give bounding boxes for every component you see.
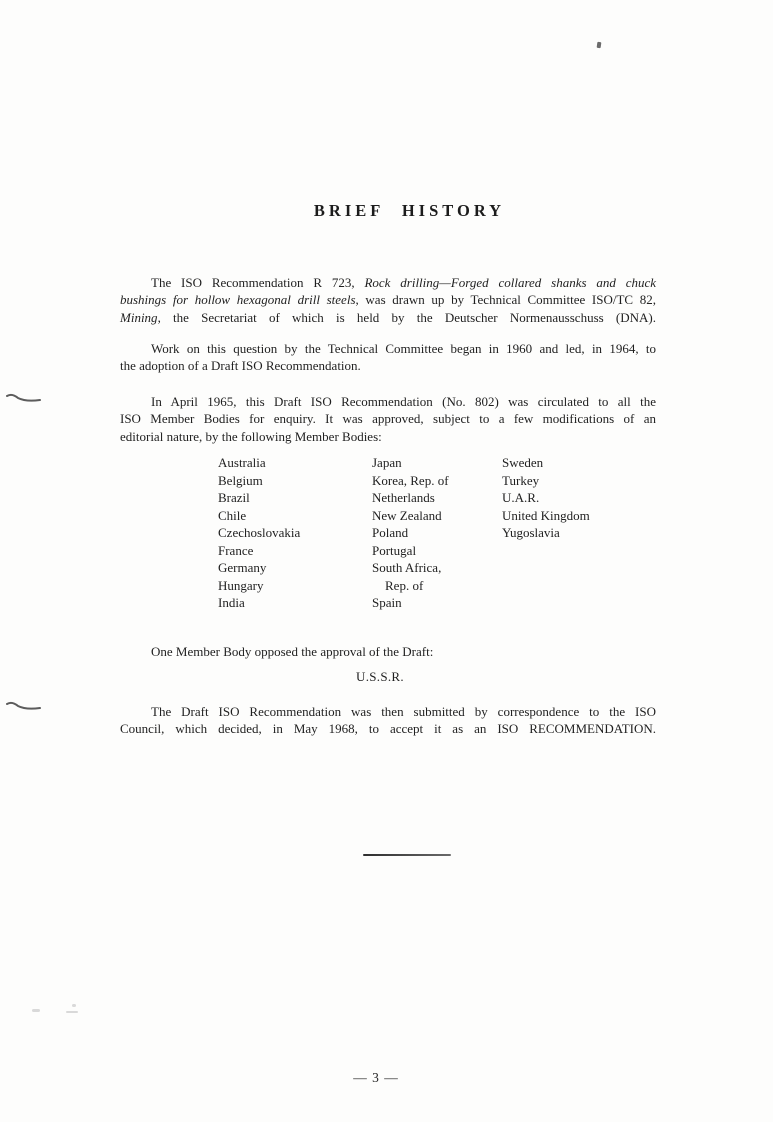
member-bodies-column-2: JapanKorea, Rep. ofNetherlandsNew Zealan… [372, 454, 502, 612]
page-title: BRIEF HISTORY [142, 201, 677, 221]
paragraph-opposition-intro: One Member Body opposed the approval of … [120, 643, 656, 660]
text-line: ISO Member Bodies for enquiry. It was ap… [120, 410, 656, 427]
member-body-item: India [218, 594, 372, 612]
member-body-item: Korea, Rep. of [372, 472, 502, 490]
member-bodies-column-1: AustraliaBelgiumBrazilChileCzechoslovaki… [218, 454, 372, 612]
text-line: bushings for hollow hexagonal drill stee… [120, 291, 656, 308]
text-line: the adoption of a Draft ISO Recommendati… [120, 357, 656, 374]
member-body-item: United Kingdom [502, 507, 672, 525]
member-body-item: Chile [218, 507, 372, 525]
margin-tick-icon [6, 391, 42, 407]
separator-line [363, 854, 451, 856]
member-body-item: Portugal [372, 542, 502, 560]
page-number: — 3 — [120, 1070, 632, 1086]
paragraph-iso-recommendation: The ISO Recommendation R 723, Rock drill… [120, 274, 656, 326]
member-body-item: Australia [218, 454, 372, 472]
text-line: The Draft ISO Recommendation was then su… [120, 703, 656, 720]
member-body-item: Poland [372, 524, 502, 542]
paragraph-council-decision: The Draft ISO Recommendation was then su… [120, 703, 656, 738]
member-body-item: France [218, 542, 372, 560]
text-line: Council, which decided, in May 1968, to … [120, 720, 656, 737]
member-body-item: Rep. of [372, 577, 502, 595]
text-line: One Member Body opposed the approval of … [120, 643, 656, 660]
member-bodies-column-3: SwedenTurkeyU.A.R.United KingdomYugoslav… [502, 454, 672, 542]
member-body-item: New Zealand [372, 507, 502, 525]
text-line: In April 1965, this Draft ISO Recommenda… [120, 393, 656, 410]
member-body-item: Yugoslavia [502, 524, 672, 542]
member-body-item: Turkey [502, 472, 672, 490]
document-page: BRIEF HISTORY The ISO Recommendation R 7… [0, 0, 773, 1122]
member-body-item: Brazil [218, 489, 372, 507]
text-line: Mining, the Secretariat of which is held… [120, 309, 656, 326]
member-body-item: Spain [372, 594, 502, 612]
member-body-item: South Africa, [372, 559, 502, 577]
member-bodies-list: AustraliaBelgiumBrazilChileCzechoslovaki… [218, 454, 672, 612]
ink-speck [66, 1011, 78, 1013]
member-body-item: Germany [218, 559, 372, 577]
member-body-item: Czechoslovakia [218, 524, 372, 542]
member-body-item: U.A.R. [502, 489, 672, 507]
text-line: editorial nature, by the following Membe… [120, 428, 656, 445]
ink-speck [597, 42, 602, 48]
margin-tick-icon [6, 699, 42, 715]
member-body-item: Japan [372, 454, 502, 472]
paragraph-work-began: Work on this question by the Technical C… [120, 340, 656, 375]
ink-speck [72, 1004, 76, 1007]
ink-speck [32, 1009, 40, 1012]
text-line: The ISO Recommendation R 723, Rock drill… [120, 274, 656, 291]
member-body-item: Sweden [502, 454, 672, 472]
text-line: Work on this question by the Technical C… [120, 340, 656, 357]
member-body-item: Netherlands [372, 489, 502, 507]
opposing-member-body: U.S.S.R. [120, 669, 640, 685]
member-body-item: Hungary [218, 577, 372, 595]
member-body-item: Belgium [218, 472, 372, 490]
paragraph-draft-circulated: In April 1965, this Draft ISO Recommenda… [120, 393, 656, 445]
